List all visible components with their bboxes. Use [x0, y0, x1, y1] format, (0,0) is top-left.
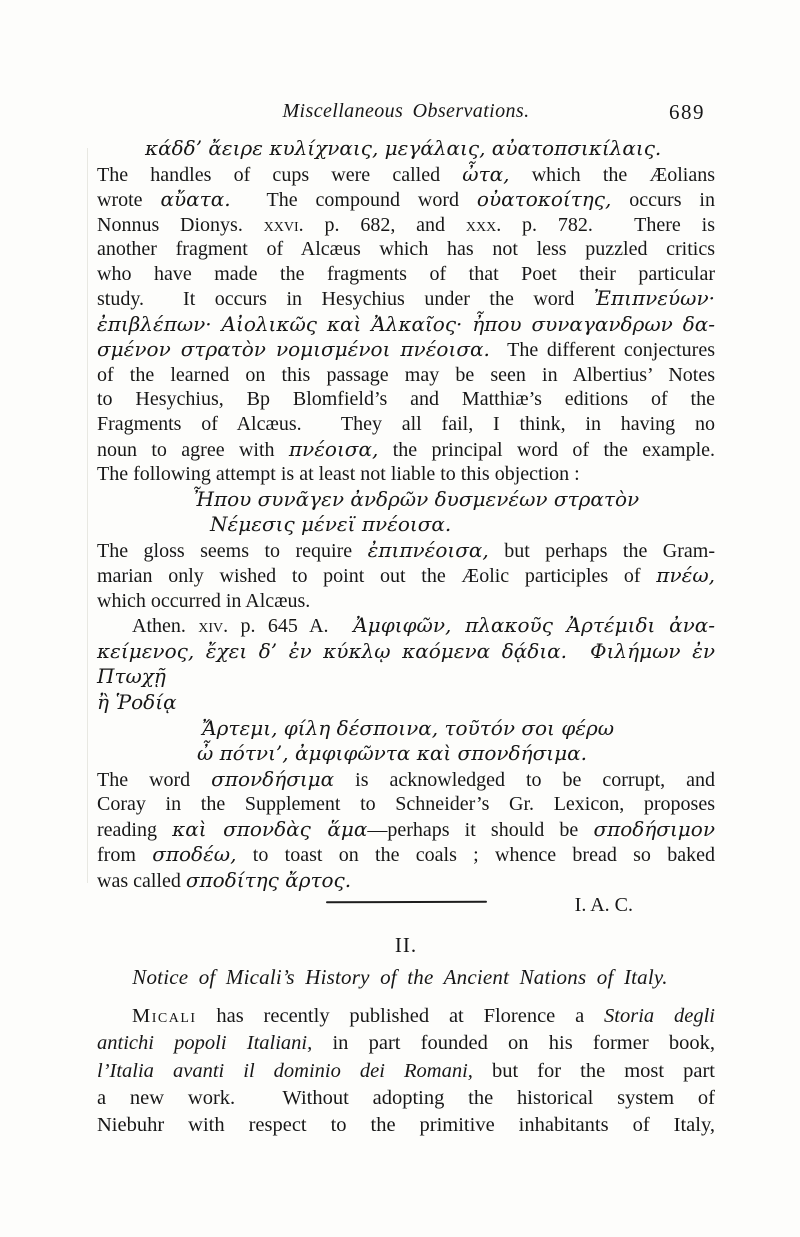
greek-text: ὦτα, — [462, 162, 509, 186]
text-line: The handles of cups were called ὦτα, whi… — [97, 162, 715, 188]
text-line: who have made the fragments of that Poet… — [97, 262, 715, 287]
text-line: was called σποδίτης ἄρτος. — [97, 868, 715, 894]
text-line: l’Italia avanti il dominio dei Romani, b… — [97, 1058, 715, 1085]
roman-text: The handles of cups were called — [97, 164, 462, 186]
roman-text: Niebuhr with respect to the primitive in… — [97, 1114, 715, 1136]
section-number: II. — [97, 933, 715, 958]
greek-text: σποδίτης ἄρτος. — [186, 868, 351, 892]
text-line: of the learned on this passage may be se… — [97, 363, 715, 388]
roman-text: a new work. Without adopting the histori… — [97, 1087, 715, 1109]
greek-text: Ἦπου συνᾶγεν ἀνδρῶν δυσμενέων στρατὸν — [192, 487, 639, 511]
greek-text: κάδδ’ ἄειρε κυλίχναις, μεγάλαις, αὐατοπσ… — [145, 136, 661, 160]
text-line: Νέμεσις μένεϊ πνέοισα. — [97, 512, 715, 538]
page-number: 689 — [669, 100, 705, 125]
roman-text: was called — [97, 870, 186, 892]
roman-text: noun to agree with — [97, 439, 289, 461]
text-line: Athen. xiv. p. 645 A. Ἀμφιφῶν, πλακοῦς Ἀ… — [97, 613, 715, 639]
text-line: marian only wished to point out the Æoli… — [97, 563, 715, 589]
smallcaps-text: xxvi. — [264, 214, 304, 236]
smallcaps-text: xxx. — [466, 214, 501, 236]
text-line: The gloss seems to require ἐπιπνέοισα, b… — [97, 538, 715, 564]
text-line: reading καὶ σπονδὰς ἅμα—perhaps it shoul… — [97, 817, 715, 843]
text-line: Micali has recently published at Florenc… — [97, 1003, 715, 1030]
greek-text: Ἀμφιφῶν, πλακοῦς Ἀρτέμιδι ἀνα- — [353, 613, 715, 637]
greek-text: Ἄρτεμι, φίλη δέσποινα, τοῦτόν σοι φέρω — [202, 716, 614, 740]
italic-text: Storia degli — [604, 1005, 715, 1027]
article-ii-body: Micali has recently published at Florenc… — [97, 1003, 715, 1139]
roman-text: of the learned on this passage may be se… — [97, 364, 715, 386]
greek-text: ἢ Ῥοδίᾳ — [97, 690, 177, 714]
scan-gutter-shadow — [87, 148, 88, 883]
greek-text: πνέοισα, — [289, 437, 378, 461]
text-line: Niebuhr with respect to the primitive in… — [97, 1112, 715, 1139]
roman-text: —perhaps it should be — [367, 819, 593, 841]
roman-text: The word — [97, 769, 211, 791]
text-line: study. It occurs in Hesychius under the … — [97, 286, 715, 312]
roman-text: but perhaps the Gram- — [489, 540, 715, 562]
roman-text: is acknowledged to be corrupt, and — [334, 769, 715, 791]
scanned-page: Miscellaneous Observations. 689 κάδδ’ ἄε… — [0, 0, 800, 1237]
roman-text: Nonnus Dionys. — [97, 214, 264, 236]
text-line: ἢ Ῥοδίᾳ — [97, 690, 715, 716]
roman-text: Fragments of Alcæus. They all fail, I th… — [97, 413, 715, 435]
text-line: κείμενος, ἔχει δ’ ἐν κύκλῳ καόμενα δᾴδια… — [97, 639, 715, 690]
roman-text: I. A. C. — [575, 894, 633, 916]
greek-text: οὐατοκοίτης, — [477, 187, 611, 211]
roman-text: the principal word of the example. — [378, 439, 715, 461]
smallcaps-text: Micali — [132, 1005, 197, 1027]
roman-text: Athen. — [132, 615, 198, 637]
text-line: σμένον στρατὸν νομισμένοι πνέοισα. The d… — [97, 337, 715, 363]
text-line: κάδδ’ ἄειρε κυλίχναις, μεγάλαις, αὐατοπσ… — [97, 136, 715, 162]
italic-text: l’Italia avanti il dominio dei Romani, — [97, 1060, 473, 1082]
article-i-body: κάδδ’ ἄειρε κυλίχναις, μεγάλαις, αὐατοπσ… — [97, 136, 715, 918]
greek-text: κείμενος, ἔχει δ’ ἐν κύκλῳ καόμενα δᾴδια… — [97, 639, 721, 689]
roman-text: p. 782. There is — [501, 214, 715, 236]
greek-text: ἐπιβλέπων· Αἰολικῶς καὶ Ἀλκαῖος· ἦπου συ… — [97, 312, 715, 336]
text-line: ὦ πότνι’, ἀμφιφῶντα καὶ σπονδήσιμα. — [97, 741, 715, 767]
roman-text: has recently published at Florence a — [197, 1005, 604, 1027]
text-line: from σποδέω, to toast on the coals ; whe… — [97, 842, 715, 868]
roman-text: to Hesychius, Bp Blomfield’s and Matthiæ… — [97, 388, 715, 410]
roman-text: who have made the fragments of that Poet… — [97, 263, 715, 285]
greek-text: πνέω, — [656, 563, 715, 587]
roman-text: p. 682, and — [304, 214, 466, 236]
text-line: Fragments of Alcæus. They all fail, I th… — [97, 412, 715, 437]
roman-text: reading — [97, 819, 172, 841]
roman-text: which occurred in Alcæus. — [97, 590, 310, 612]
italic-text: antichi popoli Italiani, — [97, 1032, 312, 1054]
roman-text: marian only wished to point out the Æoli… — [97, 565, 656, 587]
running-head: Miscellaneous Observations. 689 — [97, 100, 715, 128]
greek-text: σποδέω, — [152, 842, 236, 866]
text-line: The word σπονδήσιμα is acknowledged to b… — [97, 767, 715, 793]
greek-text: σποδήσιμον — [593, 817, 715, 841]
greek-text: ὦ πότνι’, ἀμφιφῶντα καὶ σπονδήσιμα. — [197, 741, 587, 765]
section-title: Notice of Micali’s History of the Ancien… — [0, 965, 800, 990]
roman-text: study. It occurs in Hesychius under the … — [97, 288, 594, 310]
roman-text: occurs in — [611, 189, 715, 211]
text-line: Coray in the Supplement to Schneider’s G… — [97, 792, 715, 817]
text-line: ἐπιβλέπων· Αἰολικῶς καὶ Ἀλκαῖος· ἦπου συ… — [97, 312, 715, 338]
smallcaps-text: xiv. — [198, 615, 228, 637]
greek-text: Νέμεσις μένεϊ πνέοισα. — [210, 512, 451, 536]
roman-text: The following attempt is at least not li… — [97, 463, 580, 485]
roman-text: another fragment of Alcæus which has not… — [97, 238, 715, 260]
greek-text: αὔατα. — [160, 187, 230, 211]
roman-text: The compound word — [231, 189, 477, 211]
greek-text: καὶ σπονδὰς ἅμα — [172, 817, 367, 841]
text-line: a new work. Without adopting the histori… — [97, 1085, 715, 1112]
text-line: noun to agree with πνέοισα, the principa… — [97, 437, 715, 463]
roman-text: The gloss seems to require — [97, 540, 368, 562]
roman-text: from — [97, 844, 152, 866]
roman-text: p. 645 A. — [228, 615, 353, 637]
roman-text: wrote — [97, 189, 160, 211]
text-line: antichi popoli Italiani, in part founded… — [97, 1030, 715, 1057]
running-head-title: Miscellaneous Observations. — [97, 100, 715, 123]
greek-text: Ἐπιπνεύων· — [594, 286, 715, 310]
text-line: Ἄρτεμι, φίλη δέσποινα, τοῦτόν σοι φέρω — [97, 716, 715, 742]
text-line: The following attempt is at least not li… — [97, 462, 715, 487]
roman-text: which the Æolians — [510, 164, 715, 186]
roman-text: The different conjectures — [490, 339, 715, 361]
greek-text: σπονδήσιμα — [211, 767, 334, 791]
text-line: wrote αὔατα. The compound word οὐατοκοίτ… — [97, 187, 715, 213]
greek-text: ἐπιπνέοισα, — [368, 538, 489, 562]
roman-text: but for the most part — [473, 1060, 715, 1082]
greek-text: σμένον στρατὸν νομισμένοι πνέοισα. — [97, 337, 490, 361]
text-line: which occurred in Alcæus. — [97, 589, 715, 614]
text-line: Nonnus Dionys. xxvi. p. 682, and xxx. p.… — [97, 213, 715, 238]
text-line: I. A. C. — [97, 893, 715, 918]
roman-text: in part founded on his former book, — [312, 1032, 715, 1054]
roman-text: Coray in the Supplement to Schneider’s G… — [97, 793, 715, 815]
text-line: to Hesychius, Bp Blomfield’s and Matthiæ… — [97, 387, 715, 412]
text-line: another fragment of Alcæus which has not… — [97, 237, 715, 262]
text-line: Ἦπου συνᾶγεν ἀνδρῶν δυσμενέων στρατὸν — [97, 487, 715, 513]
roman-text: to toast on the coals ; whence bread so … — [236, 844, 715, 866]
